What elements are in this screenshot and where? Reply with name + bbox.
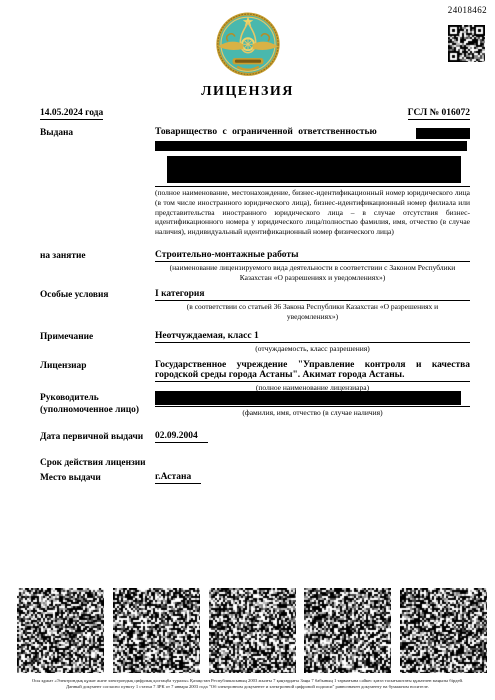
field-value: Товарищество с ограниченной ответственно… [155, 127, 470, 139]
datamatrix-barcode [17, 588, 104, 673]
datamatrix-barcode [304, 588, 391, 673]
field-note: (отчуждаемость, класс разрешения) [155, 344, 470, 354]
datamatrix-barcode [400, 588, 487, 673]
field-head: Руководитель (уполномоченное лицо) (фами… [40, 392, 470, 418]
field-note: (в соответствии со статьей 36 Закона Рес… [155, 302, 470, 322]
footer-legal-text: Осы құжат «Электрондық құжат және электр… [0, 678, 495, 690]
field-label: Примечание [40, 331, 155, 354]
field-label: Срок действия лицензии [40, 457, 155, 469]
field-value: Государственное учреждение "Управление к… [155, 360, 470, 382]
page-title: ЛИЦЕНЗИЯ [0, 84, 495, 100]
barcode-strip [17, 588, 487, 673]
field-label: Дата первичной выдачи [40, 431, 155, 443]
license-document: 24018462 ЛИЦЕНЗИЯ 14.05.2024 года ГСЛ № … [0, 0, 495, 700]
field-value: Неотчуждаемая, класс 1 [155, 331, 470, 343]
field-label: Выдана [40, 127, 155, 237]
redaction-bar [155, 391, 461, 405]
field-value: г.Астана [155, 472, 201, 484]
redaction-bar [416, 128, 470, 139]
redaction-bar [167, 156, 461, 183]
field-label: Место выдачи [40, 472, 155, 484]
field-remark: Примечание Неотчуждаемая, класс 1 (отчуж… [40, 331, 470, 354]
field-value: I категория [155, 289, 470, 301]
datamatrix-barcode [209, 588, 296, 673]
field-place-of-issue: Место выдачи г.Астана [40, 472, 470, 484]
field-licensor: Лицензиар Государственное учреждение "Уп… [40, 360, 470, 393]
field-label: Особые условия [40, 289, 155, 322]
field-note: (полное наименование, местонахождение, б… [155, 188, 470, 237]
field-validity: Срок действия лицензии [40, 457, 470, 469]
qr-code [448, 25, 485, 62]
field-underline [155, 406, 470, 407]
issue-date: 14.05.2024 года [40, 108, 103, 120]
field-value [155, 457, 470, 469]
field-first-issue-date: Дата первичной выдачи 02.09.2004 [40, 431, 470, 443]
kazakhstan-emblem-icon [207, 11, 289, 79]
redaction-bar [155, 141, 467, 151]
field-label: Руководитель (уполномоченное лицо) [40, 392, 155, 418]
field-value: Строительно-монтажные работы [155, 250, 470, 262]
field-special-conditions: Особые условия I категория (в соответств… [40, 289, 470, 322]
fields: Выдана Товарищество с ограниченной ответ… [40, 127, 470, 485]
field-note: (наименование лицензируемого вида деятел… [155, 263, 470, 283]
field-note: (фамилия, имя, отчество (в случае наличи… [155, 408, 470, 418]
footer-line-kazakh: Осы құжат «Электрондық құжат және электр… [0, 678, 495, 684]
field-label: на занятие [40, 250, 155, 283]
doc-number: 24018462 [448, 5, 487, 15]
field-issued-to: Выдана Товарищество с ограниченной ответ… [40, 127, 470, 237]
datamatrix-barcode [113, 588, 200, 673]
field-activity: на занятие Строительно-монтажные работы … [40, 250, 470, 283]
license-number: ГСЛ № 016072 [408, 108, 470, 120]
field-value: 02.09.2004 [155, 431, 208, 443]
field-underline [155, 186, 470, 187]
footer-line-russian: Данный документ согласно пункту 1 статьи… [0, 684, 495, 690]
meta-row: 14.05.2024 года ГСЛ № 016072 [40, 108, 470, 120]
field-label: Лицензиар [40, 360, 155, 393]
